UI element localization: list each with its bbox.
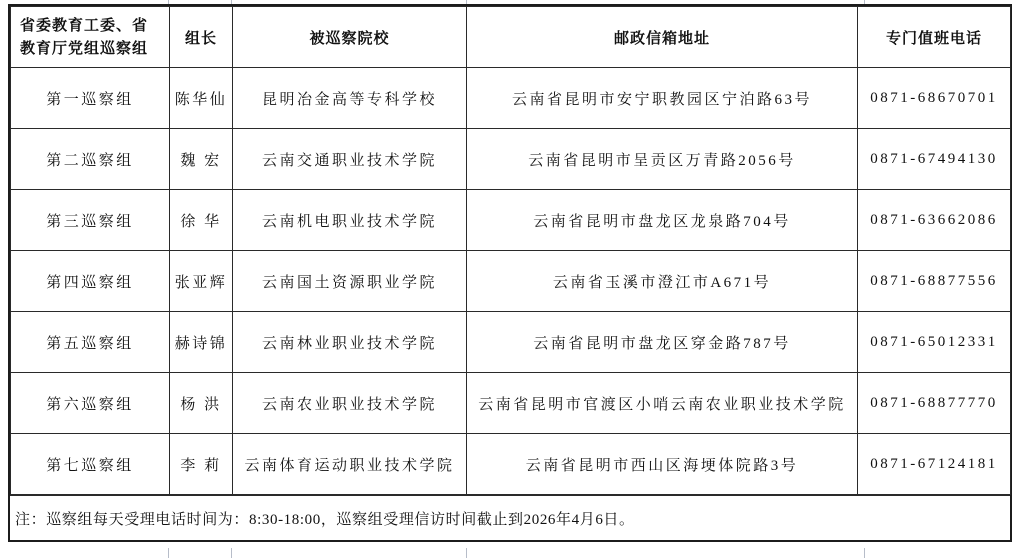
phone-cell: 0871-67124181	[858, 434, 1011, 495]
group-cell: 第三巡察组	[11, 190, 170, 251]
school-cell: 云南农业职业技术学院	[233, 373, 467, 434]
table-row: 第七巡察组 李 莉 云南体育运动职业技术学院 云南省昆明市西山区海埂体院路3号 …	[11, 434, 1011, 495]
phone-cell: 0871-67494130	[858, 129, 1011, 190]
school-cell: 云南国土资源职业学院	[233, 251, 467, 312]
leader-cell: 徐 华	[170, 190, 233, 251]
table-row: 第五巡察组 赫诗锦 云南林业职业技术学院 云南省昆明市盘龙区穿金路787号 08…	[11, 312, 1011, 373]
grid-line	[466, 548, 467, 558]
address-cell: 云南省昆明市盘龙区龙泉路704号	[467, 190, 858, 251]
header-phone: 专门值班电话	[858, 7, 1011, 68]
address-cell: 云南省昆明市盘龙区穿金路787号	[467, 312, 858, 373]
address-cell: 云南省玉溪市澄江市A671号	[467, 251, 858, 312]
header-inspection-group: 省委教育工委、省教育厅党组巡察组	[11, 7, 170, 68]
table-row: 第三巡察组 徐 华 云南机电职业技术学院 云南省昆明市盘龙区龙泉路704号 08…	[11, 190, 1011, 251]
leader-cell: 张亚辉	[170, 251, 233, 312]
grid-line	[168, 548, 169, 558]
header-leader: 组长	[170, 7, 233, 68]
table-body: 第一巡察组 陈华仙 昆明冶金高等专科学校 云南省昆明市安宁职教园区宁泊路63号 …	[11, 68, 1011, 495]
cropped-row-bottom	[8, 548, 1012, 558]
group-cell: 第六巡察组	[11, 373, 170, 434]
table-row: 第四巡察组 张亚辉 云南国土资源职业学院 云南省玉溪市澄江市A671号 0871…	[11, 251, 1011, 312]
address-cell: 云南省昆明市安宁职教园区宁泊路63号	[467, 68, 858, 129]
grid-line	[864, 548, 865, 558]
header-row: 省委教育工委、省教育厅党组巡察组 组长 被巡察院校 邮政信箱地址 专门值班电话	[11, 7, 1011, 68]
group-cell: 第五巡察组	[11, 312, 170, 373]
address-cell: 云南省昆明市呈贡区万青路2056号	[467, 129, 858, 190]
phone-cell: 0871-68670701	[858, 68, 1011, 129]
school-cell: 云南机电职业技术学院	[233, 190, 467, 251]
leader-cell: 陈华仙	[170, 68, 233, 129]
group-cell: 第四巡察组	[11, 251, 170, 312]
school-cell: 云南体育运动职业技术学院	[233, 434, 467, 495]
inspection-table-document: 省委教育工委、省教育厅党组巡察组 组长 被巡察院校 邮政信箱地址 专门值班电话 …	[8, 4, 1012, 542]
inspection-table: 省委教育工委、省教育厅党组巡察组 组长 被巡察院校 邮政信箱地址 专门值班电话 …	[10, 6, 1011, 495]
group-cell: 第七巡察组	[11, 434, 170, 495]
header-address: 邮政信箱地址	[467, 7, 858, 68]
group-cell: 第二巡察组	[11, 129, 170, 190]
phone-cell: 0871-65012331	[858, 312, 1011, 373]
grid-line	[231, 548, 232, 558]
school-cell: 云南林业职业技术学院	[233, 312, 467, 373]
header-school: 被巡察院校	[233, 7, 467, 68]
table-row: 第二巡察组 魏 宏 云南交通职业技术学院 云南省昆明市呈贡区万青路2056号 0…	[11, 129, 1011, 190]
table-row: 第一巡察组 陈华仙 昆明冶金高等专科学校 云南省昆明市安宁职教园区宁泊路63号 …	[11, 68, 1011, 129]
leader-cell: 赫诗锦	[170, 312, 233, 373]
phone-cell: 0871-68877556	[858, 251, 1011, 312]
table-row: 第六巡察组 杨 洪 云南农业职业技术学院 云南省昆明市官渡区小哨云南农业职业技术…	[11, 373, 1011, 434]
header-inspection-group-label: 省委教育工委、省教育厅党组巡察组	[20, 14, 160, 61]
group-cell: 第一巡察组	[11, 68, 170, 129]
school-cell: 昆明冶金高等专科学校	[233, 68, 467, 129]
footnote: 注：巡察组每天受理电话时间为：8:30-18:00，巡察组受理信访时间截止到20…	[10, 495, 1010, 540]
leader-cell: 杨 洪	[170, 373, 233, 434]
phone-cell: 0871-63662086	[858, 190, 1011, 251]
leader-cell: 魏 宏	[170, 129, 233, 190]
address-cell: 云南省昆明市官渡区小哨云南农业职业技术学院	[467, 373, 858, 434]
address-cell: 云南省昆明市西山区海埂体院路3号	[467, 434, 858, 495]
leader-cell: 李 莉	[170, 434, 233, 495]
school-cell: 云南交通职业技术学院	[233, 129, 467, 190]
phone-cell: 0871-68877770	[858, 373, 1011, 434]
